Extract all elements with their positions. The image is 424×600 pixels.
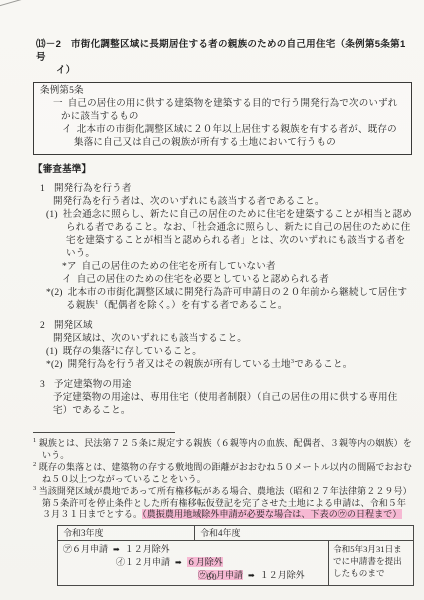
criteria-item: (1)既存の集落2に存していること。 <box>33 346 412 359</box>
criteria-subitem: イ自己の居住のための住宅を必要としていると認められる者 <box>33 274 412 287</box>
criteria-header: 【審査基準】 <box>33 163 412 176</box>
item-marker: *(2) <box>46 360 63 370</box>
ordinance-box: 条例第5条 一自己の居住の用に供する建築物を建築する目的で行う開発行為で次のいず… <box>33 82 412 155</box>
item-marker: *(2) <box>46 288 63 298</box>
footnote-separator <box>33 432 175 433</box>
header-reiwa4: 令和4年度 <box>195 526 413 540</box>
section-intro: 開発行為を行う者は、次のいずれにも該当する者であること。 <box>33 196 412 209</box>
item-text: 北本市の市街化調整区域に２０年以上居住する親族を有する者が、既存の集落に自己又は… <box>74 125 397 148</box>
table-header-row: 令和3年度 令和4年度 <box>58 526 413 541</box>
item-marker: *ア <box>62 262 77 272</box>
footnote-3: 3 当該開発区域が農地であって所有権移転がある場合、農地法（昭和２７年法律第２２… <box>33 486 412 521</box>
ordinance-item-1a: イ北本市の市街化調整区域に２０年以上居住する親族を有する者が、既存の集落に自己又… <box>40 124 405 150</box>
item-marker: (1) <box>46 347 58 357</box>
section-intro: 開発区域は、次のいずれにも該当すること。 <box>33 333 412 346</box>
section-building-use: 3予定建築物の用途 予定建築物の用途は、専用住宅（使用者制限）（自己の居住の用に… <box>33 379 412 418</box>
footnote-number: 3 <box>33 485 36 492</box>
footnote-number: 2 <box>33 461 36 468</box>
schedule-entry: ㋐６月申請➡１２月除外 <box>58 543 328 556</box>
section-body: 予定建築物の用途は、専用住宅（使用者制限）（自己の居住の用に供する専用住宅）であ… <box>33 392 412 418</box>
page-number: 60 <box>0 572 424 582</box>
item-marker: イ <box>62 125 72 135</box>
document-heading: ⒀－2 市街化調整区域に長期居住する者の親族のための自己用住宅（条例第5条第1号… <box>36 38 412 77</box>
section-number: 2 <box>40 321 45 331</box>
ordinance-item-1: 一自己の居住の用に供する建築物を建築する目的で行う開発行為で次のいずれかに該当す… <box>40 98 405 124</box>
arrow-icon: ➡ <box>175 558 182 567</box>
footnote-1: 1 親族とは、民法第７２５条に規定する親族（６親等内の血族、配偶者、３親等内の姻… <box>33 438 412 461</box>
ordinance-title: 条例第5条 <box>40 85 405 98</box>
scanned-document-page: ⒀－2 市街化調整区域に長期居住する者の親族のための自己用住宅（条例第5条第1号… <box>0 0 424 600</box>
criteria-subitem: *ア自己の居住のための住宅を所有していない者 <box>33 261 412 274</box>
section-number: 3 <box>40 380 45 390</box>
document-content: ⒀－2 市街化調整区域に長期居住する者の親族のための自己用住宅（条例第5条第1号… <box>33 38 412 586</box>
scan-artifact-line <box>0 0 57 9</box>
section-number: 1 <box>40 184 45 194</box>
item-marker: (1) <box>46 210 58 220</box>
heading-line-1: ⒀－2 市街化調整区域に長期居住する者の親族のための自己用住宅（条例第5条第1号 <box>36 38 412 64</box>
footnote-2: 2 既存の集落とは、建築物の存する敷地間の距離がおおむね５０メートル以内の間隔で… <box>33 462 412 485</box>
footnote-highlighted-text: （農振農用地域除外申請が必要な場合は、下表の㋒の日程まで） <box>142 509 401 519</box>
item-marker: 一 <box>53 99 63 109</box>
criteria-item: (1)社会通念に照らし、新たに自己の居住のために住宅を建築することが相当と認めら… <box>33 209 412 261</box>
item-marker: イ <box>62 275 72 285</box>
section-development-area: 2開発区域 開発区域は、次のいずれにも該当すること。 (1)既存の集落2に存して… <box>33 320 412 372</box>
footnote-number: 1 <box>33 437 36 444</box>
item-text: 自己の居住の用に供する建築物を建築する目的で行う開発行為で次のいずれかに該当する… <box>61 99 398 122</box>
schedule-entry: ㋑１２月申請➡６月除外 <box>58 556 328 569</box>
criteria-item: *(2)開発行為を行う者又はその親族が所有している土地3であること。 <box>33 359 412 372</box>
section-title: 2開発区域 <box>33 320 412 333</box>
header-reiwa3: 令和3年度 <box>58 526 195 540</box>
section-title: 3予定建築物の用途 <box>33 379 412 392</box>
section-title: 1開発行為を行う者 <box>33 183 412 196</box>
arrow-icon: ➡ <box>113 545 120 554</box>
heading-line-2: イ） <box>36 64 412 77</box>
section-developer: 1開発行為を行う者 開発行為を行う者は、次のいずれにも該当する者であること。 (… <box>33 183 412 313</box>
criteria-item: *(2)北本市の市街化調整区域に開発行為許可申請日の２０年前から継続して居住する… <box>33 287 412 313</box>
